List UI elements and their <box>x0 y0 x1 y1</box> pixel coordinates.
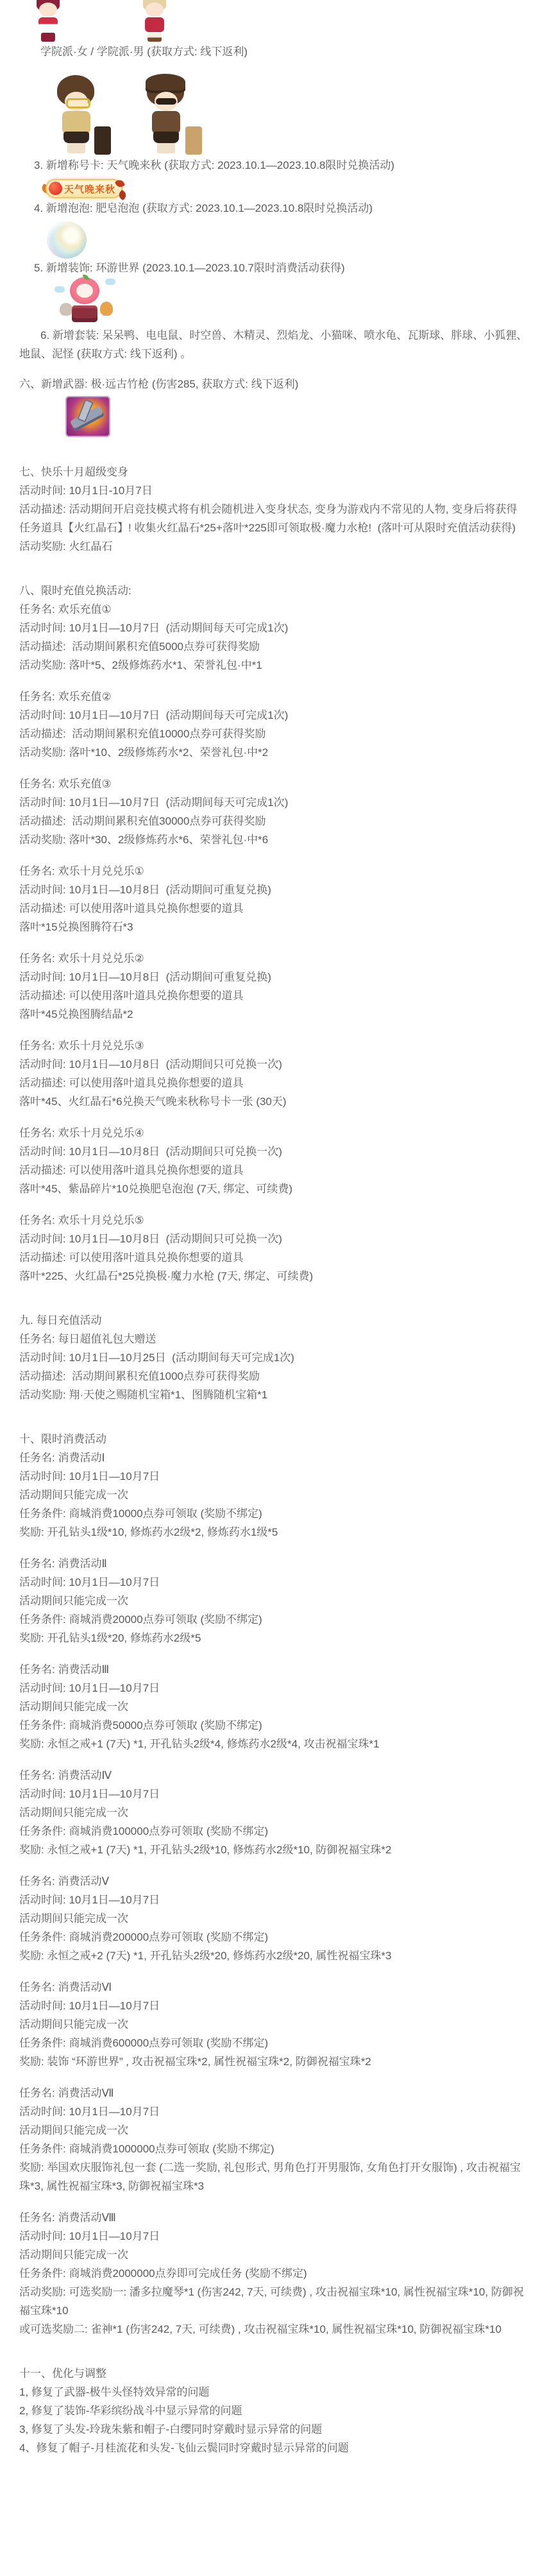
text-line: 任务名: 欢乐十月兑兑乐⑤ <box>0 1211 547 1230</box>
text-line: 落叶*45、紫晶碎片*10兑换肥皂泡泡 (7天, 绑定、可续费) <box>0 1180 547 1198</box>
text-line: 任务条件: 商城消费100000点券可领取 (奖励不绑定) <box>0 1822 547 1841</box>
text-line: 任务名: 每日超值礼包大赠送 <box>0 1330 547 1348</box>
text-line: 活动期间只能完成一次 <box>0 2121 547 2140</box>
autumn-title-banner: 天气晚来秋 <box>43 178 125 199</box>
sprite-face <box>39 3 57 17</box>
text-line: 活动时间: 10月1日—10月8日 (活动期间只可兑换一次) <box>0 1055 547 1074</box>
text-line: 任务条件: 商城消费1000000点券可领取 (奖励不绑定) <box>0 2140 547 2158</box>
text-line: 活动期间只能完成一次 <box>0 1486 547 1504</box>
text-line: 奖励: 永恒之戒+2 (7天) *1, 开孔钻头2级*20, 修炼药水2级*20… <box>0 1946 547 1965</box>
task-block: 任务名: 消费活动Ⅴ活动时间: 10月1日—10月7日活动期间只能完成一次任务条… <box>0 1872 547 1965</box>
autumn-female-sprite <box>48 74 106 156</box>
text-line: 奖励: 永恒之戒+1 (7天) *1, 开孔钻头2级*4, 修炼药水2级*4, … <box>0 1735 547 1753</box>
text-line: 活动描述: 活动期间累积充值10000点券可获得奖励 <box>0 725 547 743</box>
sprite-face <box>146 3 164 17</box>
item6-line: 6. 新增套装: 呆呆鸭、电电鼠、时空兽、木精灵、烈焰龙、小猫咪、喷水龟、瓦斯球… <box>0 326 547 363</box>
text-line: 活动描述: 活动期间累积充值30000点券可获得奖励 <box>0 812 547 830</box>
sprite-skirt <box>63 132 89 143</box>
hat-icon <box>146 74 185 90</box>
text-line: 任务名: 消费活动Ⅰ <box>0 1448 547 1467</box>
task-block: 任务名: 每日超值礼包大赠送活动时间: 10月1日—10月25日 (活动期间每天… <box>0 1330 547 1404</box>
cloud-icon <box>55 286 65 293</box>
text-line: 活动时间: 10月1日—10月7日 <box>0 1467 547 1486</box>
item3-line: 3. 新增称号卡: 天气晚来秋 (获取方式: 2023.10.1—2023.10… <box>0 156 547 175</box>
task-block: 任务名: 欢乐十月兑兑乐②活动时间: 10月1日—10月8日 (活动期间可重复兑… <box>0 949 547 1024</box>
task-block: 任务名: 消费活动Ⅰ活动时间: 10月1日—10月7日活动期间只能完成一次任务条… <box>0 1448 547 1541</box>
text-line: 活动描述: 活动期间累积充值1000点券可获得奖励 <box>0 1367 547 1386</box>
text-line: 活动期间只能完成一次 <box>0 1803 547 1822</box>
text-line: 任务名: 消费活动Ⅷ <box>0 2208 547 2227</box>
task-block: 任务名: 欢乐充值③活动时间: 10月1日—10月7日 (活动期间每天可完成1次… <box>0 775 547 849</box>
text-line: 活动描述: 可以使用落叶道具兑换你想要的道具 <box>0 1074 547 1092</box>
task-block: 任务名: 消费活动Ⅳ活动时间: 10月1日—10月7日活动期间只能完成一次任务条… <box>0 1766 547 1859</box>
text-line: 任务名: 欢乐十月兑兑乐④ <box>0 1124 547 1142</box>
spacer <box>0 363 547 375</box>
text-line: 活动时间: 10月1日—10月7日 (活动期间每天可完成1次) <box>0 619 547 637</box>
sprite-legs <box>41 33 55 42</box>
apple-icon <box>49 182 62 195</box>
section-heading: 七、快乐十月超级变身 <box>0 463 547 481</box>
outfit-caption: 学院派·女 / 学院派·男 (获取方式: 线下返利) <box>0 42 547 61</box>
sprite-legs <box>157 143 175 153</box>
task-block: 任务名: 消费活动Ⅶ活动时间: 10月1日—10月7日活动期间只能完成一次任务条… <box>0 2084 547 2195</box>
text-line: 任务名: 欢乐十月兑兑乐③ <box>0 1036 547 1055</box>
sunglasses-icon <box>156 98 176 105</box>
task-block: 任务名: 欢乐充值②活动时间: 10月1日—10月7日 (活动期间每天可完成1次… <box>0 687 547 762</box>
sprite-body <box>145 17 164 32</box>
text-line: 落叶*45、火红晶石*6兑换天气晚来秋称号卡一张 (30天) <box>0 1092 547 1111</box>
text-line: 奖励: 举国欢庆服饰礼包一套 (二选一奖励, 礼包形式, 男角色打开男服饰, 女… <box>0 2158 547 2195</box>
task-block: 任务名: 欢乐十月兑兑乐④活动时间: 10月1日—10月8日 (活动期间只可兑换… <box>0 1124 547 1198</box>
autumn-title-sprites <box>0 73 547 156</box>
text-line: 活动期间只能完成一次 <box>0 1697 547 1716</box>
text-line: 活动时间: 10月1日—10月7日 (活动期间每天可完成1次) <box>0 706 547 725</box>
text-line: 1, 修复了武器-极牛头怪特效异常的问题 <box>0 2383 547 2401</box>
easel-prop <box>94 126 111 155</box>
ancient-bamboo-spear-card <box>65 396 110 437</box>
text-line: 活动时间: 10月1日—10月7日 <box>0 1573 547 1592</box>
text-line: 奖励: 开孔钻头1级*10, 修炼药水2级*2, 修炼药水1级*5 <box>0 1523 547 1541</box>
text-line: 任务名: 消费活动Ⅴ <box>0 1872 547 1891</box>
text-line: 活动奖励: 翔·天使之赐随机宝箱*1、图腾随机宝箱*1 <box>0 1386 547 1404</box>
section-heading: 十、限时消费活动 <box>0 1430 547 1448</box>
sprite-legs <box>147 33 162 42</box>
weapon-heading: 六、新增武器: 极·远古竹枪 (伤害285, 获取方式: 线下返利) <box>0 375 547 393</box>
sprite-legs <box>67 143 85 153</box>
academy-outfit-sprites <box>0 0 547 42</box>
text-line: 任务名: 欢乐充值② <box>0 687 547 706</box>
section-heading: 九. 每日充值活动 <box>0 1311 547 1330</box>
text-line: 活动时间: 10月1日—10月7日 <box>0 1891 547 1909</box>
text-line: 任务条件: 商城消费50000点券可领取 (奖励不绑定) <box>0 1716 547 1735</box>
text-line: 活动奖励: 可选奖励一: 潘多拉魔琴*1 (伤害242, 7天, 可续费) , … <box>0 2283 547 2320</box>
text-line: 任务名: 消费活动Ⅵ <box>0 1978 547 1996</box>
text-line: 落叶*45兑换图腾结晶*2 <box>0 1005 547 1024</box>
item4-line: 4. 新增泡泡: 肥皂泡泡 (获取方式: 2023.10.1—2023.10.8… <box>0 199 547 218</box>
academy-female-sprite <box>32 1 64 42</box>
sections-container: 七、快乐十月超级变身活动时间: 10月1日-10月7日活动描述: 活动期间开启竞… <box>0 463 547 2457</box>
autumn-male-sprite <box>138 74 196 156</box>
text-line: 任务条件: 商城消费20000点券可领取 (奖励不绑定) <box>0 1610 547 1629</box>
task-block: 任务名: 欢乐十月兑兑乐①活动时间: 10月1日—10月8日 (活动期间可重复兑… <box>0 862 547 936</box>
task-block: 1, 修复了武器-极牛头怪特效异常的问题2, 修复了装饰-华彩缤纷战斗中显示异常… <box>0 2383 547 2457</box>
text-line: 或可选奖励二: 雀神*1 (伤害242, 7天, 可续费) , 攻击祝福宝珠*1… <box>0 2320 547 2339</box>
task-block: 任务名: 欢乐充值①活动时间: 10月1日—10月7日 (活动期间每天可完成1次… <box>0 600 547 674</box>
text-line: 活动描述: 可以使用落叶道具兑换你想要的道具 <box>0 899 547 918</box>
text-line: 活动时间: 10月1日—10月7日 <box>0 2227 547 2245</box>
text-line: 任务名: 消费活动Ⅲ <box>0 1660 547 1679</box>
text-line: 任务名: 欢乐十月兑兑乐① <box>0 862 547 880</box>
text-line: 活动时间: 10月1日-10月7日 <box>0 481 547 500</box>
sign-prop <box>185 126 202 155</box>
text-line: 活动时间: 10月1日—10月8日 (活动期间只可兑换一次) <box>0 1230 547 1248</box>
text-line: 活动描述: 可以使用落叶道具兑换你想要的道具 <box>0 1248 547 1267</box>
text-line: 活动时间: 10月1日—10月7日 <box>0 1785 547 1803</box>
soap-bubble-image <box>47 221 87 259</box>
text-line: 活动时间: 10月1日—10月7日 <box>0 1996 547 2015</box>
text-line: 活动奖励: 落叶*30、2级修炼药水*6、荣誉礼包·中*6 <box>0 830 547 849</box>
text-line: 活动期间只能完成一次 <box>0 2245 547 2264</box>
section-heading: 十一、优化与调整 <box>0 2364 547 2383</box>
text-line: 奖励: 装饰 “环游世界” , 攻击祝福宝珠*2, 属性祝福宝珠*2, 防御祝福… <box>0 2052 547 2071</box>
suitcase-icon <box>72 305 97 322</box>
task-block: 任务名: 消费活动Ⅷ活动时间: 10月1日—10月7日活动期间只能完成一次任务条… <box>0 2208 547 2339</box>
sprite-body <box>152 111 180 134</box>
patch-notes-page: 学院派·女 / 学院派·男 (获取方式: 线下返利) 3. 新增称号卡: 天气晚… <box>0 0 547 2457</box>
section-heading: 八、限时充值兑换活动: <box>0 581 547 600</box>
text-line: 任务条件: 商城消费200000点券可领取 (奖励不绑定) <box>0 1928 547 1946</box>
text-line: 活动期间只能完成一次 <box>0 1592 547 1610</box>
text-line: 任务条件: 商城消费2000000点券即可完成任务 (奖励不绑定) <box>0 2264 547 2283</box>
text-line: 3, 修复了头发-玲珑朱紫和帽子-白缨同时穿戴时显示异常的问题 <box>0 2420 547 2439</box>
text-line: 任务名: 消费活动Ⅳ <box>0 1766 547 1785</box>
sprite-body <box>62 111 90 134</box>
spacer <box>0 61 547 73</box>
text-line: 奖励: 开孔钻头1级*20, 修炼药水2级*5 <box>0 1629 547 1647</box>
text-line: 2, 修复了装饰-华彩缤纷战斗中显示异常的问题 <box>0 2401 547 2420</box>
text-line: 活动描述: 可以使用落叶道具兑换你想要的道具 <box>0 1161 547 1180</box>
text-line: 奖励: 永恒之戒+1 (7天) *1, 开孔钻头2级*10, 修炼药水2级*10… <box>0 1841 547 1859</box>
text-line: 任务条件: 商城消费600000点券可领取 (奖励不绑定) <box>0 2034 547 2052</box>
sprite-body <box>38 17 58 32</box>
banner-text: 天气晚来秋 <box>64 182 115 196</box>
text-line: 活动时间: 10月1日—10月8日 (活动期间可重复兑换) <box>0 968 547 986</box>
text-line: 活动时间: 10月1日—10月7日 <box>0 2102 547 2121</box>
text-line: 活动描述: 可以使用落叶道具兑换你想要的道具 <box>0 986 547 1005</box>
cat-pet-icon <box>60 303 72 316</box>
text-line: 任务名: 欢乐充值① <box>0 600 547 619</box>
text-line: 活动时间: 10月1日—10月8日 (活动期间只可兑换一次) <box>0 1142 547 1161</box>
sprite-pants <box>153 132 179 143</box>
task-block: 任务名: 消费活动Ⅵ活动时间: 10月1日—10月7日活动期间只能完成一次任务条… <box>0 1978 547 2071</box>
text-line: 活动时间: 10月1日—10月7日 <box>0 1679 547 1697</box>
text-line: 落叶*15兑换图腾符石*3 <box>0 918 547 936</box>
text-line: 任务条件: 商城消费10000点券可领取 (奖励不绑定) <box>0 1504 547 1523</box>
sprite-face <box>76 284 93 298</box>
academy-male-sprite <box>139 1 171 42</box>
text-line: 活动奖励: 落叶*5、2级修炼药水*1、荣誉礼包·中*1 <box>0 656 547 674</box>
text-line: 4、修复了帽子-月桂流花和头发-飞仙云鬓同时穿戴时显示异常的问题 <box>0 2439 547 2457</box>
task-block: 任务名: 消费活动Ⅲ活动时间: 10月1日—10月7日活动期间只能完成一次任务条… <box>0 1660 547 1753</box>
text-line: 活动期间只能完成一次 <box>0 2015 547 2034</box>
text-line: 任务名: 消费活动Ⅶ <box>0 2084 547 2102</box>
item5-line: 5. 新增装饰: 环游世界 (2023.10.1—2023.10.7限时消费活动… <box>0 259 547 277</box>
text-line: 任务名: 欢乐十月兑兑乐② <box>0 949 547 968</box>
cloud-icon <box>105 279 115 285</box>
text-line: 落叶*225、火红晶石*25兑换极·魔力水枪 (7天, 绑定、可续费) <box>0 1267 547 1285</box>
text-line: 任务名: 欢乐充值③ <box>0 775 547 793</box>
task-block: 任务名: 消费活动Ⅱ活动时间: 10月1日—10月7日活动期间只能完成一次任务条… <box>0 1554 547 1647</box>
text-line: 活动期间只能完成一次 <box>0 1909 547 1928</box>
text-line: 活动描述: 活动期间累积充值5000点券可获得奖励 <box>0 637 547 656</box>
fox-pet-icon <box>100 302 113 316</box>
task-block: 任务名: 欢乐十月兑兑乐⑤活动时间: 10月1日—10月8日 (活动期间只可兑换… <box>0 1211 547 1285</box>
text-line: 活动时间: 10月1日—10月25日 (活动期间每天可完成1次) <box>0 1348 547 1367</box>
text-line: 活动时间: 10月1日—10月8日 (活动期间可重复兑换) <box>0 880 547 899</box>
text-line: 任务名: 消费活动Ⅱ <box>0 1554 547 1573</box>
text-line: 活动奖励: 落叶*10、2级修炼药水*2、荣誉礼包·中*2 <box>0 743 547 762</box>
soap-bubble-row <box>0 218 547 259</box>
text-line: 活动奖励: 火红晶石 <box>0 537 547 556</box>
text-line: 活动时间: 10月1日—10月7日 (活动期间每天可完成1次) <box>0 793 547 812</box>
text-line: 活动描述: 活动期间开启竞技模式将有机会随机进入变身状态, 变身为游戏内不常见的… <box>0 500 547 537</box>
travel-world-character <box>55 277 115 326</box>
task-block: 任务名: 欢乐十月兑兑乐③活动时间: 10月1日—10月8日 (活动期间只可兑换… <box>0 1036 547 1111</box>
task-block: 活动时间: 10月1日-10月7日活动描述: 活动期间开启竞技模式将有机会随机进… <box>0 481 547 556</box>
glasses-icon <box>66 98 90 108</box>
